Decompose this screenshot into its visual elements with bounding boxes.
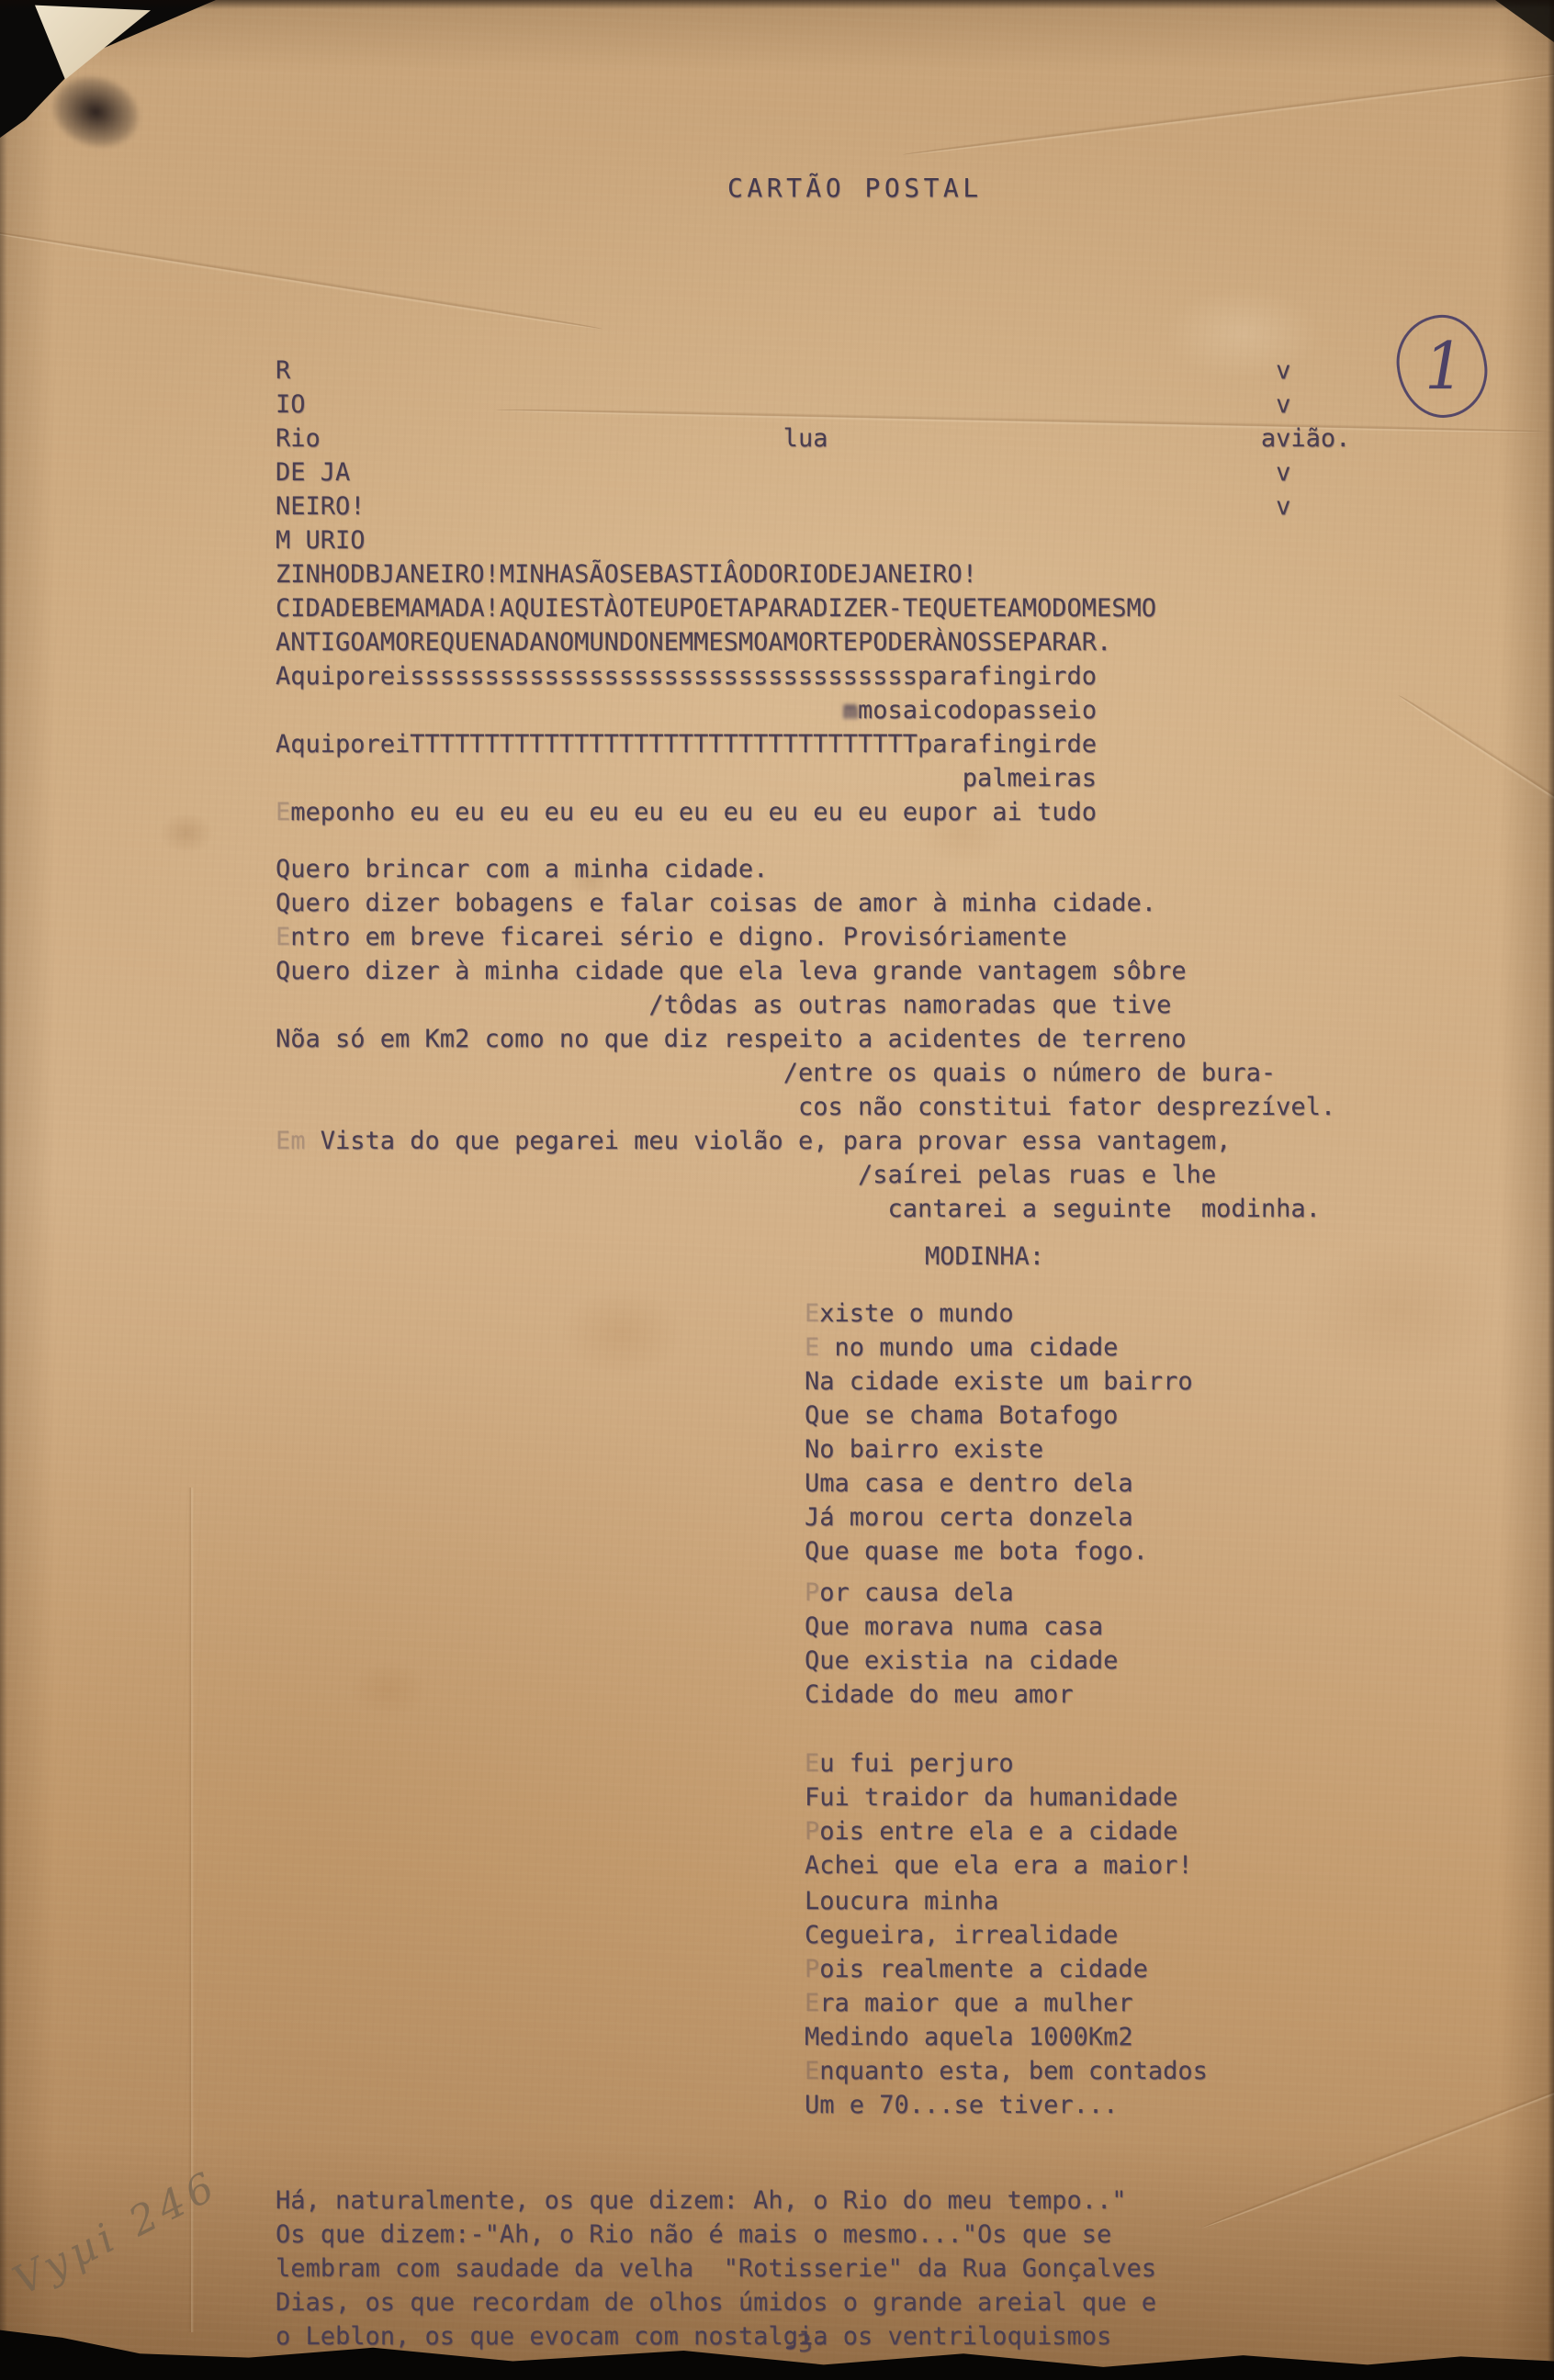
page-title-text: CARTÃO POSTAL [727, 173, 983, 203]
crease [0, 225, 602, 331]
modinha-stanza-2: Por causa delaQue morava numa casaQue ex… [805, 1576, 1118, 1712]
paper-edge-right [1548, 0, 1554, 2380]
typed-line: Um e 70...se tiver... [805, 2088, 1208, 2122]
typed-line: Os que dizem:-"Ah, o Rio não é mais o me… [276, 2217, 1156, 2251]
typed-line: cos não constitui fator desprezível. [276, 1090, 1335, 1124]
crease [1397, 692, 1554, 837]
modinha-heading-text: MODINHA: [925, 1242, 1044, 1271]
page-number-text: -3- [781, 2327, 828, 2361]
typed-line: Cegueira, irrealidade [805, 1918, 1208, 1952]
typed-line: Rio lua avião. [276, 421, 1350, 455]
typed-line: CIDADEBEMAMADA!AQUIESTÀOTEUPOETAPARADIZE… [276, 591, 1350, 625]
typed-line: cantarei a seguinte modinha. [276, 1192, 1335, 1226]
typed-line: /tôdas as outras namoradas que tive [276, 988, 1335, 1022]
typed-line: R v [276, 354, 1350, 387]
crease [1199, 2054, 1554, 2231]
typed-line: lembram com saudade da velha "Rotisserie… [276, 2251, 1156, 2285]
modinha-stanza-3: Eu fui perjuroFui traidor da humanidadeP… [805, 1746, 1193, 1882]
typed-line: ANTIGOAMOREQUENADANOMUNDONEMMESMOAMORTEP… [276, 625, 1350, 659]
typed-line: Por causa dela [805, 1576, 1118, 1610]
torn-corner-top-right [1481, 0, 1554, 42]
typed-line: Já morou certa donzela [805, 1500, 1193, 1534]
typed-line: Em Vista do que pegarei meu violão e, pa… [276, 1124, 1335, 1158]
typed-line: Emeponho eu eu eu eu eu eu eu eu eu eu e… [276, 795, 1350, 829]
typed-line: Fui traidor da humanidade [805, 1780, 1193, 1814]
typed-line: Que existia na cidade [805, 1644, 1118, 1678]
typed-line: Medindo aquela 1000Km2 [805, 2020, 1208, 2054]
typed-line: E no mundo uma cidade [805, 1330, 1193, 1364]
typed-intro-paragraph: Quero brincar com a minha cidade.Quero d… [276, 852, 1335, 1226]
typed-line: Existe o mundo [805, 1297, 1193, 1330]
typed-header-block: R vIO vRio lua [276, 354, 1350, 829]
paper-edge-top [0, 0, 1554, 9]
modinha-stanza-1: Existe o mundoE no mundo uma cidadeNa ci… [805, 1297, 1193, 1568]
typed-line: Quero brincar com a minha cidade. [276, 852, 1335, 886]
paper-edge-left [0, 0, 7, 2380]
modinha-stanza-4: Loucura minhaCegueira, irrealidadePois r… [805, 1884, 1208, 2122]
typed-line: Aquiporeisssssssssssssssssssssssssssssss… [276, 659, 1350, 693]
typed-line: Há, naturalmente, os que dizem: Ah, o Ri… [276, 2184, 1156, 2217]
typed-line: /entre os quais o número de bura- [276, 1056, 1335, 1090]
typed-line: Na cidade existe um bairro [805, 1364, 1193, 1398]
typed-line: ZINHODBJANEIRO!MINHASÃOSEBASTIÂODORIODEJ… [276, 557, 1350, 591]
typed-line: o Leblon, os que evocam com nostalgia os… [276, 2319, 1156, 2353]
circled-page-annotation: 1 [1392, 311, 1491, 421]
typed-line: AquiporeiTTTTTTTTTTTTTTTTTTTTTTTTTTTTTTT… [276, 727, 1350, 761]
page-title: CARTÃO POSTAL [727, 171, 983, 205]
modinha-heading: MODINHA: [925, 1240, 1044, 1274]
circled-number: 1 [1416, 324, 1471, 408]
typed-line: Enquanto esta, bem contados [805, 2054, 1208, 2088]
typed-line: Que quase me bota fogo. [805, 1534, 1193, 1568]
handwritten-pencil-note: Vyµi 246 [6, 2161, 226, 2305]
typed-line: Dias, os que recordam de olhos úmidos o … [276, 2285, 1156, 2319]
typed-line: Quero dizer à minha cidade que ela leva … [276, 954, 1335, 988]
typed-line: NEIRO! v [276, 489, 1350, 523]
typed-line: Eu fui perjuro [805, 1746, 1193, 1780]
typed-line: Loucura minha [805, 1884, 1208, 1918]
typed-closing-paragraph: Há, naturalmente, os que dizem: Ah, o Ri… [276, 2184, 1156, 2353]
typed-line: Pois realmente a cidade [805, 1952, 1208, 1986]
scanned-typescript-page: CARTÃO POSTAL 1 R vIO vRio [0, 0, 1554, 2380]
typed-line: Achei que ela era a maior! [805, 1848, 1193, 1882]
page-number: -3- [781, 2324, 829, 2363]
typed-line: No bairro existe [805, 1432, 1193, 1466]
typed-line: Quero dizer bobagens e falar coisas de a… [276, 886, 1335, 920]
typed-line: IO v [276, 387, 1350, 421]
typed-line: M URIO [276, 523, 1350, 557]
typed-line: Uma casa e dentro dela [805, 1466, 1193, 1500]
typed-line: DE JA v [276, 455, 1350, 489]
typed-line: Entro em breve ficarei sério e digno. Pr… [276, 920, 1335, 954]
typed-line: Era maior que a mulher [805, 1986, 1208, 2020]
typed-line: /saírei pelas ruas e lhe [276, 1158, 1335, 1192]
typed-line: Nõa só em Km2 como no que diz respeito a… [276, 1022, 1335, 1056]
typed-line: palmeiras [276, 761, 1350, 795]
typed-line: Cidade do meu amor [805, 1678, 1118, 1712]
typed-line: Que se chama Botafogo [805, 1398, 1193, 1432]
typed-line: mmosaicodopasseio [276, 693, 1350, 727]
crease [902, 69, 1554, 158]
typed-line: Pois entre ela e a cidade [805, 1814, 1193, 1848]
typed-line: Que morava numa casa [805, 1610, 1118, 1644]
